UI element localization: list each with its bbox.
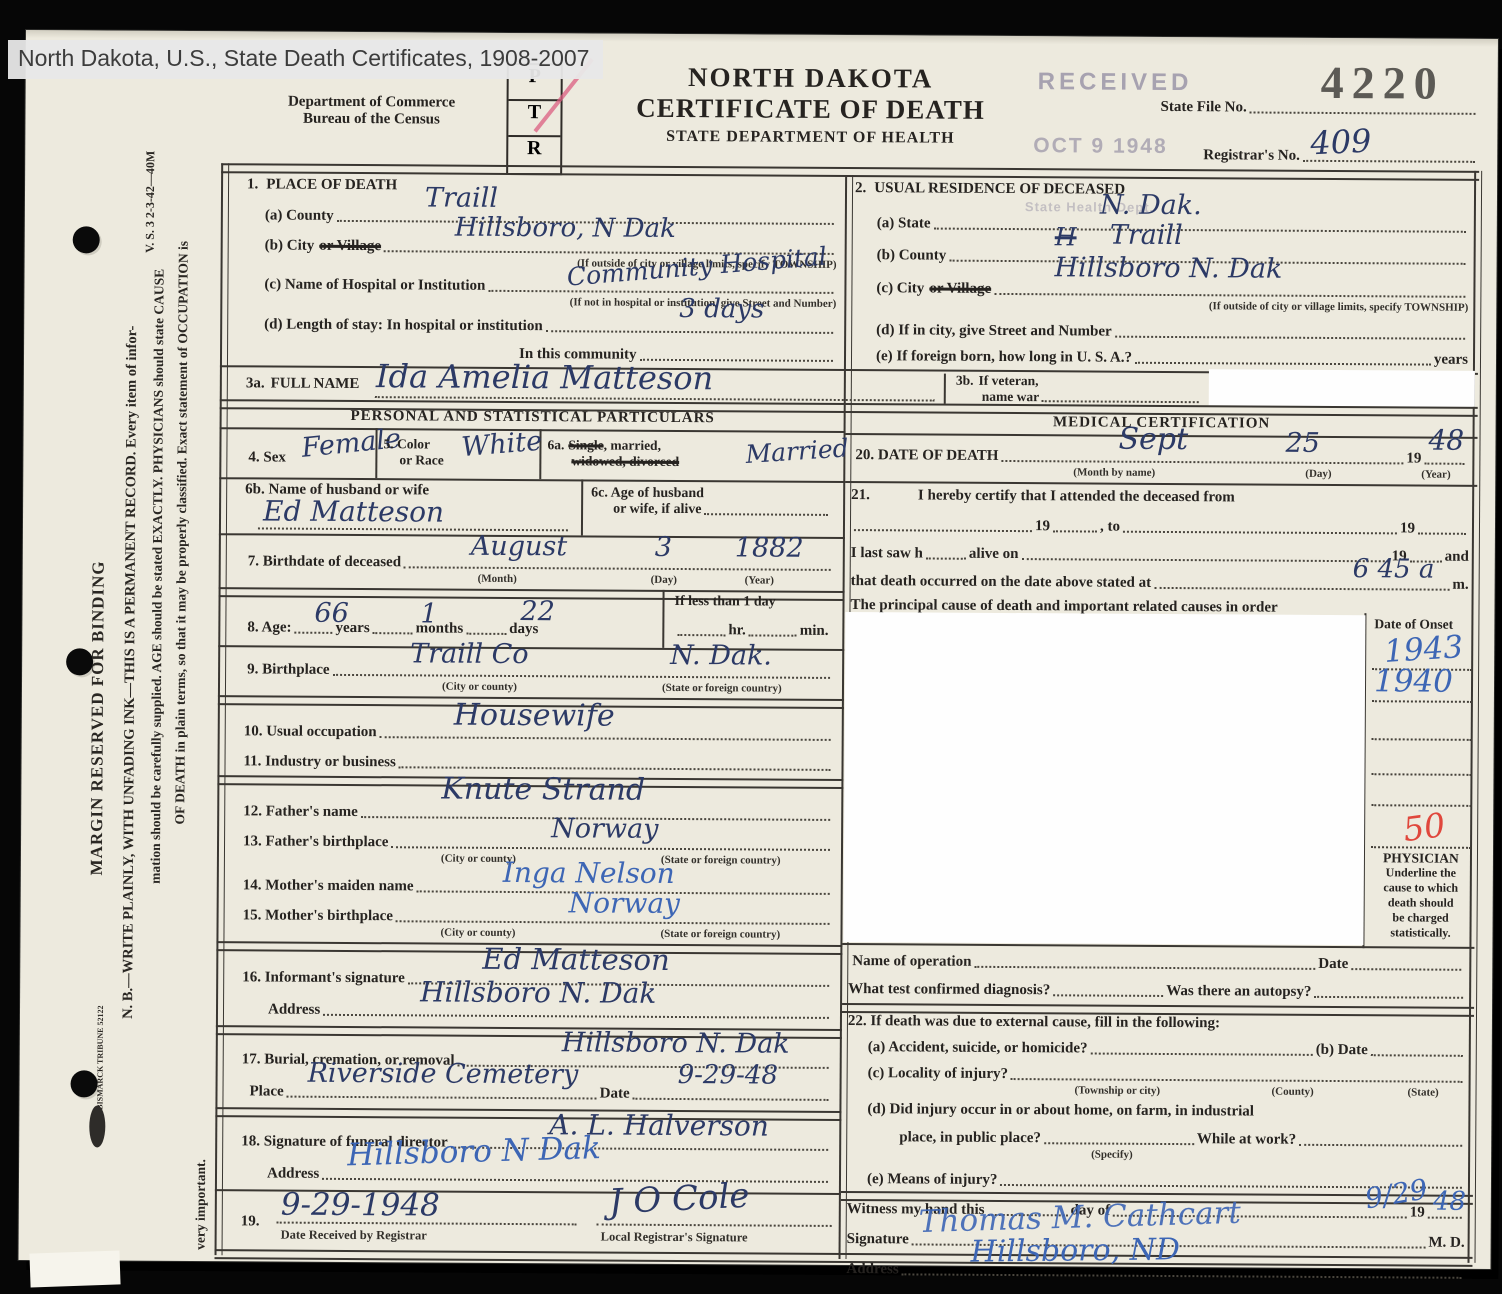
director-addr-value: Hillsboro N Dak [347, 1133, 601, 1171]
state-file-line [1250, 109, 1476, 114]
md-suffix: M. D. [1428, 1235, 1464, 1252]
pod-stay-label: (d) Length of stay: In hospital or insti… [264, 316, 543, 335]
title-doc: CERTIFICATE OF DEATH [585, 92, 1035, 126]
burial-value: Hillsboro N. Dak [562, 1029, 790, 1057]
res-foreign-label: (e) If foreign born, how long in U. S. A… [876, 348, 1132, 367]
attended-to-line [1123, 529, 1397, 535]
father-bp-value: Norway [551, 815, 658, 843]
pod-number: 1. [247, 176, 258, 193]
informant-addr-line [323, 1012, 829, 1019]
viewer-stage: V. S. 3 2-3-42—40M MARGIN RESERVED FOR B… [0, 0, 1502, 1294]
cap-state-foreign-13: (State or foreign country) [661, 854, 781, 867]
spouse-age-label1: 6c. Age of husband [591, 485, 831, 502]
father-value: Knute Strand [441, 775, 645, 806]
pod-city-label: (b) City [265, 237, 315, 254]
birthplace-line [333, 672, 831, 679]
age-months-value: 1 [420, 600, 437, 627]
color-label-1: 5. Color [383, 436, 443, 452]
means-injury-label: (e) Means of injury? [867, 1171, 998, 1189]
res-county-label: (b) County [877, 247, 947, 264]
attended-19b-line [1418, 531, 1466, 535]
res-number: 2. [855, 180, 866, 197]
res-street-line [1115, 334, 1465, 340]
cap-city-county-9: (City or county) [442, 681, 517, 693]
pod-stay-value: 3 days [679, 296, 764, 323]
last-saw-line1 [926, 556, 966, 560]
fullname-value: Ida Amelia Matteson [376, 360, 713, 394]
industry-label: 11. Industry or business [243, 753, 395, 771]
row19-number: 19. [241, 1213, 260, 1230]
pod-county-label: (a) County [265, 207, 334, 224]
burial-date-label: Date [600, 1086, 630, 1103]
cap-day-20: (Day) [1305, 468, 1331, 480]
attended-19b: 19 [1400, 520, 1415, 537]
printer-union-logo [89, 1105, 105, 1147]
punch-hole [73, 226, 100, 253]
title-state: NORTH DAKOTA [586, 61, 1036, 95]
injury-home-label1: (d) Did injury occur in or about home, o… [867, 1101, 1254, 1120]
accident-line [1090, 1051, 1312, 1056]
res-county-stray: H [1055, 224, 1077, 249]
age-months-line [373, 630, 413, 634]
burial-place-label: Place [249, 1083, 283, 1100]
physician-note-5: be charged [1371, 910, 1471, 926]
marital-struck-widowed: widowed, divorced [571, 453, 679, 470]
physician-addr-value: Hillsboro, ND [970, 1235, 1180, 1267]
age-min-label: min. [800, 623, 829, 640]
occupation-line [380, 734, 831, 741]
marital-number: 6a. [547, 437, 564, 453]
registrar-signature: J O Cole [608, 1179, 750, 1219]
res-state-label: (a) State [877, 215, 931, 232]
pod-county-value: Traill [425, 184, 498, 211]
physician-sig-label: Signature [847, 1231, 909, 1248]
physician-note-6: statistically. [1370, 925, 1470, 941]
margin-form-number: V. S. 3 2-3-42—40M [143, 151, 159, 253]
cause-code-value: 50 [1401, 808, 1447, 846]
sex-label: 4. Sex [248, 449, 286, 466]
res-foreign-line [1135, 360, 1431, 366]
dod-month: Sept [1118, 425, 1188, 455]
res-city-label: (c) City [876, 280, 924, 297]
res-county-value: Traill [1110, 222, 1183, 249]
operation-date-label: Date [1318, 956, 1348, 973]
res-city-struck: or Village [929, 281, 991, 298]
age-years-value: 66 [314, 600, 349, 627]
locality-line [1011, 1076, 1463, 1083]
veteran-label1: If veteran, [978, 373, 1038, 389]
while-at-work-label: While at work? [1197, 1131, 1296, 1149]
registrar-signature-caption: Local Registrar's Signature [601, 1230, 748, 1246]
title-dept: STATE DEPARTMENT OF HEALTH [585, 127, 1035, 148]
attended-to: , to [1100, 519, 1120, 536]
certify-text: I hereby certify that I attended the dec… [918, 487, 1235, 506]
date-received-caption: Date Received by Registrar [281, 1228, 427, 1244]
res-state-line [934, 226, 1466, 233]
marital-value: Married [745, 435, 850, 467]
age-min-line [749, 632, 797, 636]
locality-label: (c) Locality of injury? [868, 1065, 1008, 1083]
mother-bp-label: 15. Mother's birthplace [243, 907, 394, 925]
dod-line2 [1424, 461, 1464, 465]
cap-year: (Year) [745, 574, 774, 586]
agency-line2: Bureau of the Census [241, 110, 501, 129]
birthplace-label: 9. Birthplace [247, 661, 330, 679]
margin-note-line3: OF DEATH in plain terms, so that it may … [172, 241, 192, 825]
birthplace-state: N. Dak. [670, 642, 772, 670]
birthdate-day: 3 [655, 534, 672, 561]
burial-place-value: Riverside Cemetery [308, 1060, 579, 1089]
attended-19a: 19 [1035, 518, 1050, 535]
informant-addr-label: Address [268, 1001, 320, 1018]
onset-line-4 [1371, 773, 1471, 776]
dod-year: 48 [1428, 427, 1464, 455]
margin-note-line2: mation should be carefully supplied. AGE… [148, 269, 168, 884]
burial-date-value: 9-29-48 [678, 1062, 778, 1089]
physician-note-2: Underline the [1371, 865, 1471, 881]
registrar-no-value: 409 [1310, 125, 1372, 160]
occurred-line [1154, 585, 1449, 591]
physician-note-1: PHYSICIAN [1371, 850, 1471, 866]
operation-label: Name of operation [852, 953, 971, 971]
birthdate-month: August [471, 533, 567, 561]
accident-label: (a) Accident, suicide, or homicide? [868, 1039, 1088, 1057]
res-street-label: (d) If in city, give Street and Number [876, 322, 1112, 340]
pod-title: PLACE OF DEATH [266, 176, 397, 194]
certificate-scan: V. S. 3 2-3-42—40M MARGIN RESERVED FOR B… [18, 30, 1497, 1269]
res-city-line [994, 291, 1465, 298]
cap-state-foreign-15: (State or foreign country) [660, 928, 780, 941]
father-bp-line [391, 844, 830, 851]
personal-section-title: PERSONAL AND STATISTICAL PARTICULARS [350, 408, 714, 427]
occupation-value: Housewife [454, 701, 615, 732]
physician-note-4: death should [1371, 895, 1471, 911]
autopsy-label: Was there an autopsy? [1166, 983, 1311, 1001]
test-line [1053, 992, 1163, 997]
birthdate-year: 1882 [735, 534, 804, 561]
while-at-work-line [1299, 1142, 1462, 1147]
mother-label: 14. Mother's maiden name [243, 877, 414, 895]
registrar-no-label: Registrar's No. [1203, 147, 1300, 165]
director-addr-line [322, 1176, 828, 1183]
date-received-line [277, 1220, 577, 1226]
redaction-box-veteran [1209, 369, 1475, 407]
pod-city-struck: or Village [319, 238, 381, 255]
onset-line-5 [1371, 804, 1471, 807]
punch-hole [70, 1070, 97, 1097]
husband-value: Ed Matteson [263, 497, 444, 526]
spouse-age-label2: or wife, if alive [613, 502, 701, 519]
res-title: USUAL RESIDENCE OF DECEASED [874, 180, 1125, 199]
agency-block: Department of Commerce Bureau of the Cen… [241, 93, 501, 129]
dod-19: 19 [1406, 450, 1421, 467]
color-value: White [461, 428, 544, 461]
attended-from-line [854, 527, 1032, 532]
redaction-box-cause [843, 612, 1365, 945]
underlying-page-edge [29, 1250, 120, 1287]
cap-day: (Day) [651, 574, 677, 586]
cap-city-county-15: (City or county) [440, 927, 515, 939]
last-saw-text: I last saw h [851, 545, 923, 562]
attended-19a-line [1053, 528, 1097, 532]
operation-date-line [1351, 966, 1461, 971]
birthdate-label: 7. Birthdate of deceased [248, 553, 401, 571]
date-received-value: 9-29-1948 [281, 1190, 440, 1222]
informant-value: Ed Matteson [482, 945, 670, 975]
birthdate-line [404, 564, 831, 571]
dod-day: 25 [1285, 430, 1320, 457]
spouse-age-line [704, 511, 828, 516]
age-hr-line [677, 632, 725, 636]
res-city-caption: (If outside of city or village limits, s… [1209, 300, 1468, 314]
burial-place-line [287, 1094, 597, 1100]
physician-signature: Thomas M. Cathcart [918, 1198, 1241, 1238]
operation-line [974, 964, 1315, 970]
dod-label: 20. DATE OF DEATH [855, 447, 998, 465]
pod-hospital-line [488, 288, 833, 294]
cap-township: (Township or city) [1075, 1084, 1161, 1097]
veteran-line [1042, 398, 1199, 403]
collection-title-text: North Dakota, U.S., State Death Certific… [18, 45, 589, 71]
onset-line-3 [1372, 738, 1472, 741]
witness-year-hand: 48 [1433, 1189, 1466, 1215]
physician-note-3: cause to which [1371, 880, 1471, 896]
received-stamp: RECEIVED [1038, 68, 1193, 97]
margin-note-line4: very important. [193, 1159, 210, 1250]
occurred-text: that death occurred on the date above st… [851, 573, 1152, 592]
time-of-death-value: 6 45 a [1353, 556, 1435, 582]
item22-text: 22. If death was due to external cause, … [848, 1013, 1220, 1032]
burial-date-line [633, 1096, 829, 1101]
father-label: 12. Father's name [243, 803, 358, 821]
ptr-box: P T R [506, 63, 563, 175]
cap-state-foreign-9: (State or foreign country) [662, 682, 782, 695]
registrar-signature-line [597, 1222, 832, 1227]
director-addr-label: Address [267, 1165, 319, 1182]
fullname-number: 3a. [246, 375, 265, 392]
cap-month: (Month) [478, 573, 517, 585]
injury-home-line [1044, 1140, 1194, 1145]
fullname-label: FULL NAME [271, 376, 360, 394]
accident-date-label: (b) Date [1316, 1042, 1368, 1059]
veteran-label2: name war [982, 389, 1039, 405]
age-days-value: 22 [520, 598, 555, 625]
informant-addr-value: Hillsboro N. Dak [420, 978, 656, 1007]
informant-label: 16. Informant's signature [242, 969, 405, 987]
accident-date-line [1371, 1052, 1463, 1057]
autopsy-line [1314, 994, 1463, 999]
less-than-day-label: If less than 1 day [674, 594, 775, 611]
res-foreign-years: years [1434, 352, 1468, 369]
res-city-value: Hillsboro N. Dak [1054, 254, 1282, 282]
res-state-value: N. Dak. [1100, 192, 1202, 220]
industry-line [399, 764, 831, 771]
pod-hospital-label: (c) Name of Hospital or Institution [264, 276, 485, 294]
pod-city-value: Hillsboro, N Dak [455, 215, 676, 242]
father-bp-label: 13. Father's birthplace [243, 833, 389, 851]
margin-nb-note: N. B.—WRITE PLAINLY, WITH UNFADING INK—T… [120, 326, 141, 1019]
birthplace-city: Traill Co [410, 640, 529, 668]
cap-specify: (Specify) [1091, 1149, 1133, 1161]
pod-stay-line [546, 328, 833, 334]
cap-year-20: (Year) [1421, 469, 1450, 481]
color-label-2: or Race [399, 452, 443, 468]
onset-line-2 [1372, 700, 1472, 703]
and-word: and [1445, 549, 1469, 566]
printer-imprint: BISMARCK TRIBUNE 52122 [95, 1005, 105, 1109]
age-days-line [466, 631, 506, 635]
marital-struck-single: Single [568, 437, 603, 453]
cap-state-22: (State) [1407, 1086, 1438, 1098]
onset-year-2: 1940 [1374, 666, 1453, 697]
occupation-label: 10. Usual occupation [244, 723, 377, 741]
cap-month-by-name: (Month by name) [1073, 466, 1155, 479]
physician-addr-line [902, 1271, 1462, 1278]
test-label: What test confirmed diagnosis? [848, 981, 1050, 999]
certificate-title: NORTH DAKOTA CERTIFICATE OF DEATH STATE … [585, 61, 1036, 148]
mother-value: Inga Nelson [503, 859, 675, 888]
injury-home-label2: place, in public place? [899, 1129, 1041, 1147]
state-file-label: State File No. [1160, 99, 1246, 117]
occurred-m-suffix: m. [1452, 577, 1468, 594]
marital-married-word: , married, [604, 438, 661, 454]
veteran-number: 3b. [956, 373, 974, 389]
item21-number: 21. [851, 487, 870, 504]
alive-on-text: alive on [969, 546, 1019, 563]
date-received-stamp: OCT 9 1948 [1033, 134, 1168, 159]
age-hr-label: hr. [728, 622, 745, 639]
cap-county-22: (County) [1272, 1086, 1314, 1098]
physician-addr-label: Address [846, 1261, 898, 1278]
agency-line1: Department of Commerce [242, 93, 502, 112]
age-label: 8. Age: [247, 619, 291, 636]
collection-title-label: North Dakota, U.S., State Death Certific… [8, 40, 603, 79]
alive-on-line [1021, 556, 1388, 562]
age-years-line [294, 630, 332, 634]
onset-line-6 [1371, 846, 1471, 849]
mother-bp-value: Norway [569, 889, 680, 918]
margin-binding-note: MARGIN RESERVED FOR BINDING [87, 560, 109, 875]
dod-line1 [1001, 458, 1403, 464]
